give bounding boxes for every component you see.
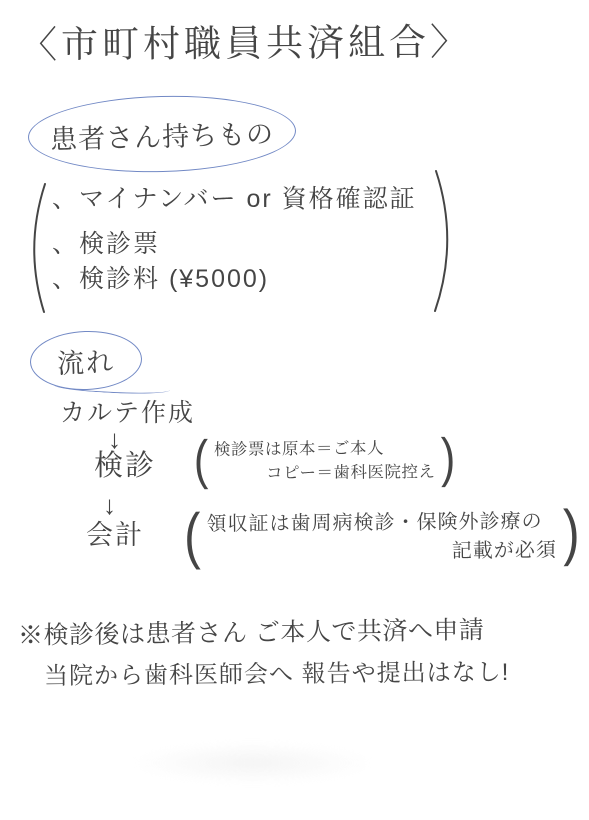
right-parenthesis-icon: ) — [562, 502, 579, 564]
left-parenthesis-icon: ( — [184, 506, 201, 568]
belongings-item-checkup-fee: 、検診料 (¥5000) — [52, 264, 269, 294]
checkup-note-line2: コピー＝歯科医院控え — [214, 458, 436, 484]
belongings-heading-circle: 患者さん持ちもの — [27, 93, 297, 176]
paper-smudge — [130, 742, 375, 784]
footer-remark-line2: 当院から歯科医師会へ 報告や提出はなし! — [44, 659, 510, 692]
right-parenthesis-icon — [430, 167, 460, 315]
receipt-note-line2: 記載が必須 — [207, 533, 557, 565]
receipt-note: ( 領収証は歯周病検診・保険外診療の 記載が必須 ) — [182, 502, 582, 567]
page-title: 〈市町村職員共済組合〉 — [20, 20, 471, 68]
checkup-note-line1: 検診票は原本＝ご本人 — [214, 434, 436, 460]
right-parenthesis-icon: ) — [441, 431, 456, 485]
left-parenthesis-icon — [22, 180, 48, 316]
flow-step-chart-creation: カルテ作成 — [60, 398, 195, 428]
belongings-item-mynumber: 、マイナンバー or 資格確認証 — [52, 184, 417, 214]
belongings-item-checkup-sheet: 、検診票 — [52, 229, 160, 259]
down-arrow-icon: ↓ — [103, 490, 116, 521]
flow-step-payment: 会計 — [86, 519, 144, 551]
footer-remark-line1: ※検診後は患者さん ご本人で共済へ申請 — [18, 615, 485, 651]
handwritten-note-page: 〈市町村職員共済組合〉 患者さん持ちもの 、マイナンバー or 資格確認証 、検… — [0, 0, 589, 820]
receipt-note-line1: 領収証は歯周病検診・保険外診療の — [206, 504, 556, 536]
belongings-heading: 患者さん持ちもの — [50, 112, 275, 157]
flow-step-checkup: 検診 — [94, 449, 156, 484]
flow-circle-tail-stroke — [54, 378, 170, 396]
flow-heading: 流れ — [56, 340, 115, 381]
left-parenthesis-icon: ( — [194, 433, 209, 487]
checkup-note: ( 検診票は原本＝ご本人 コピー＝歯科医院控え ) — [192, 431, 458, 487]
